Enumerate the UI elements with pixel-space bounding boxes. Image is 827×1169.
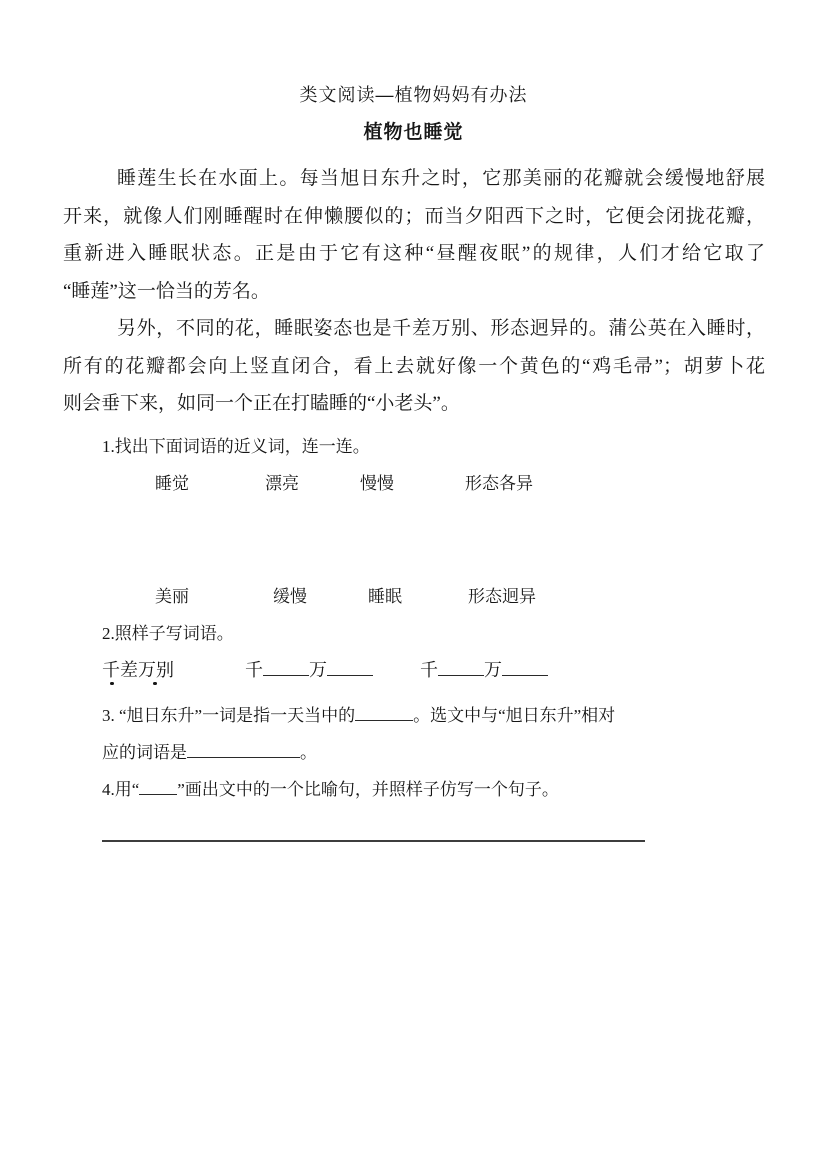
- question-4: 4.用“”画出文中的一个比喻句，并照样子仿写一个句子。: [102, 771, 732, 808]
- synonym-word: 缓慢: [273, 578, 307, 615]
- question-3-text: 。选文中与“旭日东升”相对: [413, 706, 615, 725]
- fill-in-blank: [263, 656, 309, 676]
- paragraph-line: “睡莲”这一恰当的芳名。: [63, 273, 765, 311]
- fill-in-blank: [438, 656, 484, 676]
- synonym-word: 漂亮: [265, 465, 299, 502]
- question-2-prompt: 2.照样子写词语。: [102, 615, 732, 652]
- paragraph-line: 所有的花瓣都会向上竖直闭合，看上去就好像一个黄色的“鸡毛帚”；胡萝卜花: [63, 348, 765, 386]
- synonym-word: 形态各异: [465, 465, 533, 502]
- question-3-text: 3. “旭日东升”一词是指一天当中的: [102, 706, 355, 725]
- synonym-row-top: 睡觉 漂亮 慢慢 形态各异: [102, 465, 732, 502]
- paragraph-line: 重新进入睡眠状态。正是由于它有这种“昼醒夜眠”的规律，人们才给它取了: [63, 235, 765, 273]
- fill-in-blank: [502, 656, 548, 676]
- paragraph-line: 睡莲生长在水面上。每当旭日东升之时，它那美丽的花瓣就会缓慢地舒展: [63, 160, 765, 198]
- question-4-text: 4.用“: [102, 780, 139, 799]
- fill-in-blank: [355, 702, 413, 721]
- synonym-word: 美丽: [155, 578, 189, 615]
- pattern-char: 万: [484, 660, 502, 680]
- question-3-text: 应的词语是: [102, 743, 187, 762]
- question-4-text: ”画出文中的一个比喻句，并照样子仿写一个句子。: [177, 780, 559, 799]
- synonym-row-bottom: 美丽 缓慢 睡眠 形态迥异: [102, 578, 732, 615]
- answer-writing-line: [102, 840, 645, 842]
- question-section: 1.找出下面词语的近义词，连一连。 睡觉 漂亮 慢慢 形态各异 美丽 缓慢 睡眠…: [102, 428, 732, 842]
- pattern-char: 万: [309, 660, 327, 680]
- worksheet-page: 类文阅读—植物妈妈有办法 植物也睡觉 睡莲生长在水面上。每当旭日东升之时，它那美…: [0, 0, 827, 1169]
- synonym-word: 睡觉: [155, 465, 189, 502]
- question-3-line-2: 应的词语是。: [102, 734, 732, 771]
- fill-in-blank: [327, 656, 373, 676]
- reading-passage: 睡莲生长在水面上。每当旭日东升之时，它那美丽的花瓣就会缓慢地舒展 开来，就像人们…: [63, 160, 765, 423]
- synonym-word: 睡眠: [368, 578, 402, 615]
- paragraph-line: 则会垂下来，如同一个正在打瞌睡的“小老头”。: [63, 385, 765, 423]
- passage-title: 植物也睡觉: [0, 121, 827, 144]
- matching-space: [102, 502, 732, 578]
- word-pattern: 千万: [245, 652, 373, 689]
- question-2-answer-row: 千差万别 千万 千万: [102, 652, 732, 689]
- question-1-prompt: 1.找出下面词语的近义词，连一连。: [102, 428, 732, 465]
- fill-in-blank: [139, 776, 177, 795]
- synonym-word: 慢慢: [360, 465, 394, 502]
- question-3-line-1: 3. “旭日东升”一词是指一天当中的。选文中与“旭日东升”相对: [102, 697, 732, 734]
- paragraph-2: 另外，不同的花，睡眠姿态也是千差万别、形态迥异的。蒲公英在入睡时， 所有的花瓣都…: [63, 310, 765, 423]
- word-pattern: 千万: [420, 652, 548, 689]
- emphasis-dot: [110, 682, 114, 686]
- paragraph-line: 开来，就像人们刚睡醒时在伸懒腰似的；而当夕阳西下之时，它便会闭拢花瓣，: [63, 198, 765, 236]
- pattern-char: 千: [420, 660, 438, 680]
- paragraph-line: 另外，不同的花，睡眠姿态也是千差万别、形态迥异的。蒲公英在入睡时，: [63, 310, 765, 348]
- question-3: 3. “旭日东升”一词是指一天当中的。选文中与“旭日东升”相对 应的词语是。: [102, 697, 732, 771]
- example-word: 千差万别: [102, 652, 174, 689]
- synonym-word: 形态迥异: [468, 578, 536, 615]
- fill-in-blank: [187, 739, 300, 758]
- question-3-text: 。: [300, 743, 317, 762]
- paragraph-1: 睡莲生长在水面上。每当旭日东升之时，它那美丽的花瓣就会缓慢地舒展 开来，就像人们…: [63, 160, 765, 310]
- emphasis-dot: [153, 682, 157, 686]
- example-word-text: 千差万别: [102, 660, 174, 680]
- page-title: 类文阅读—植物妈妈有办法: [0, 0, 827, 106]
- pattern-char: 千: [245, 660, 263, 680]
